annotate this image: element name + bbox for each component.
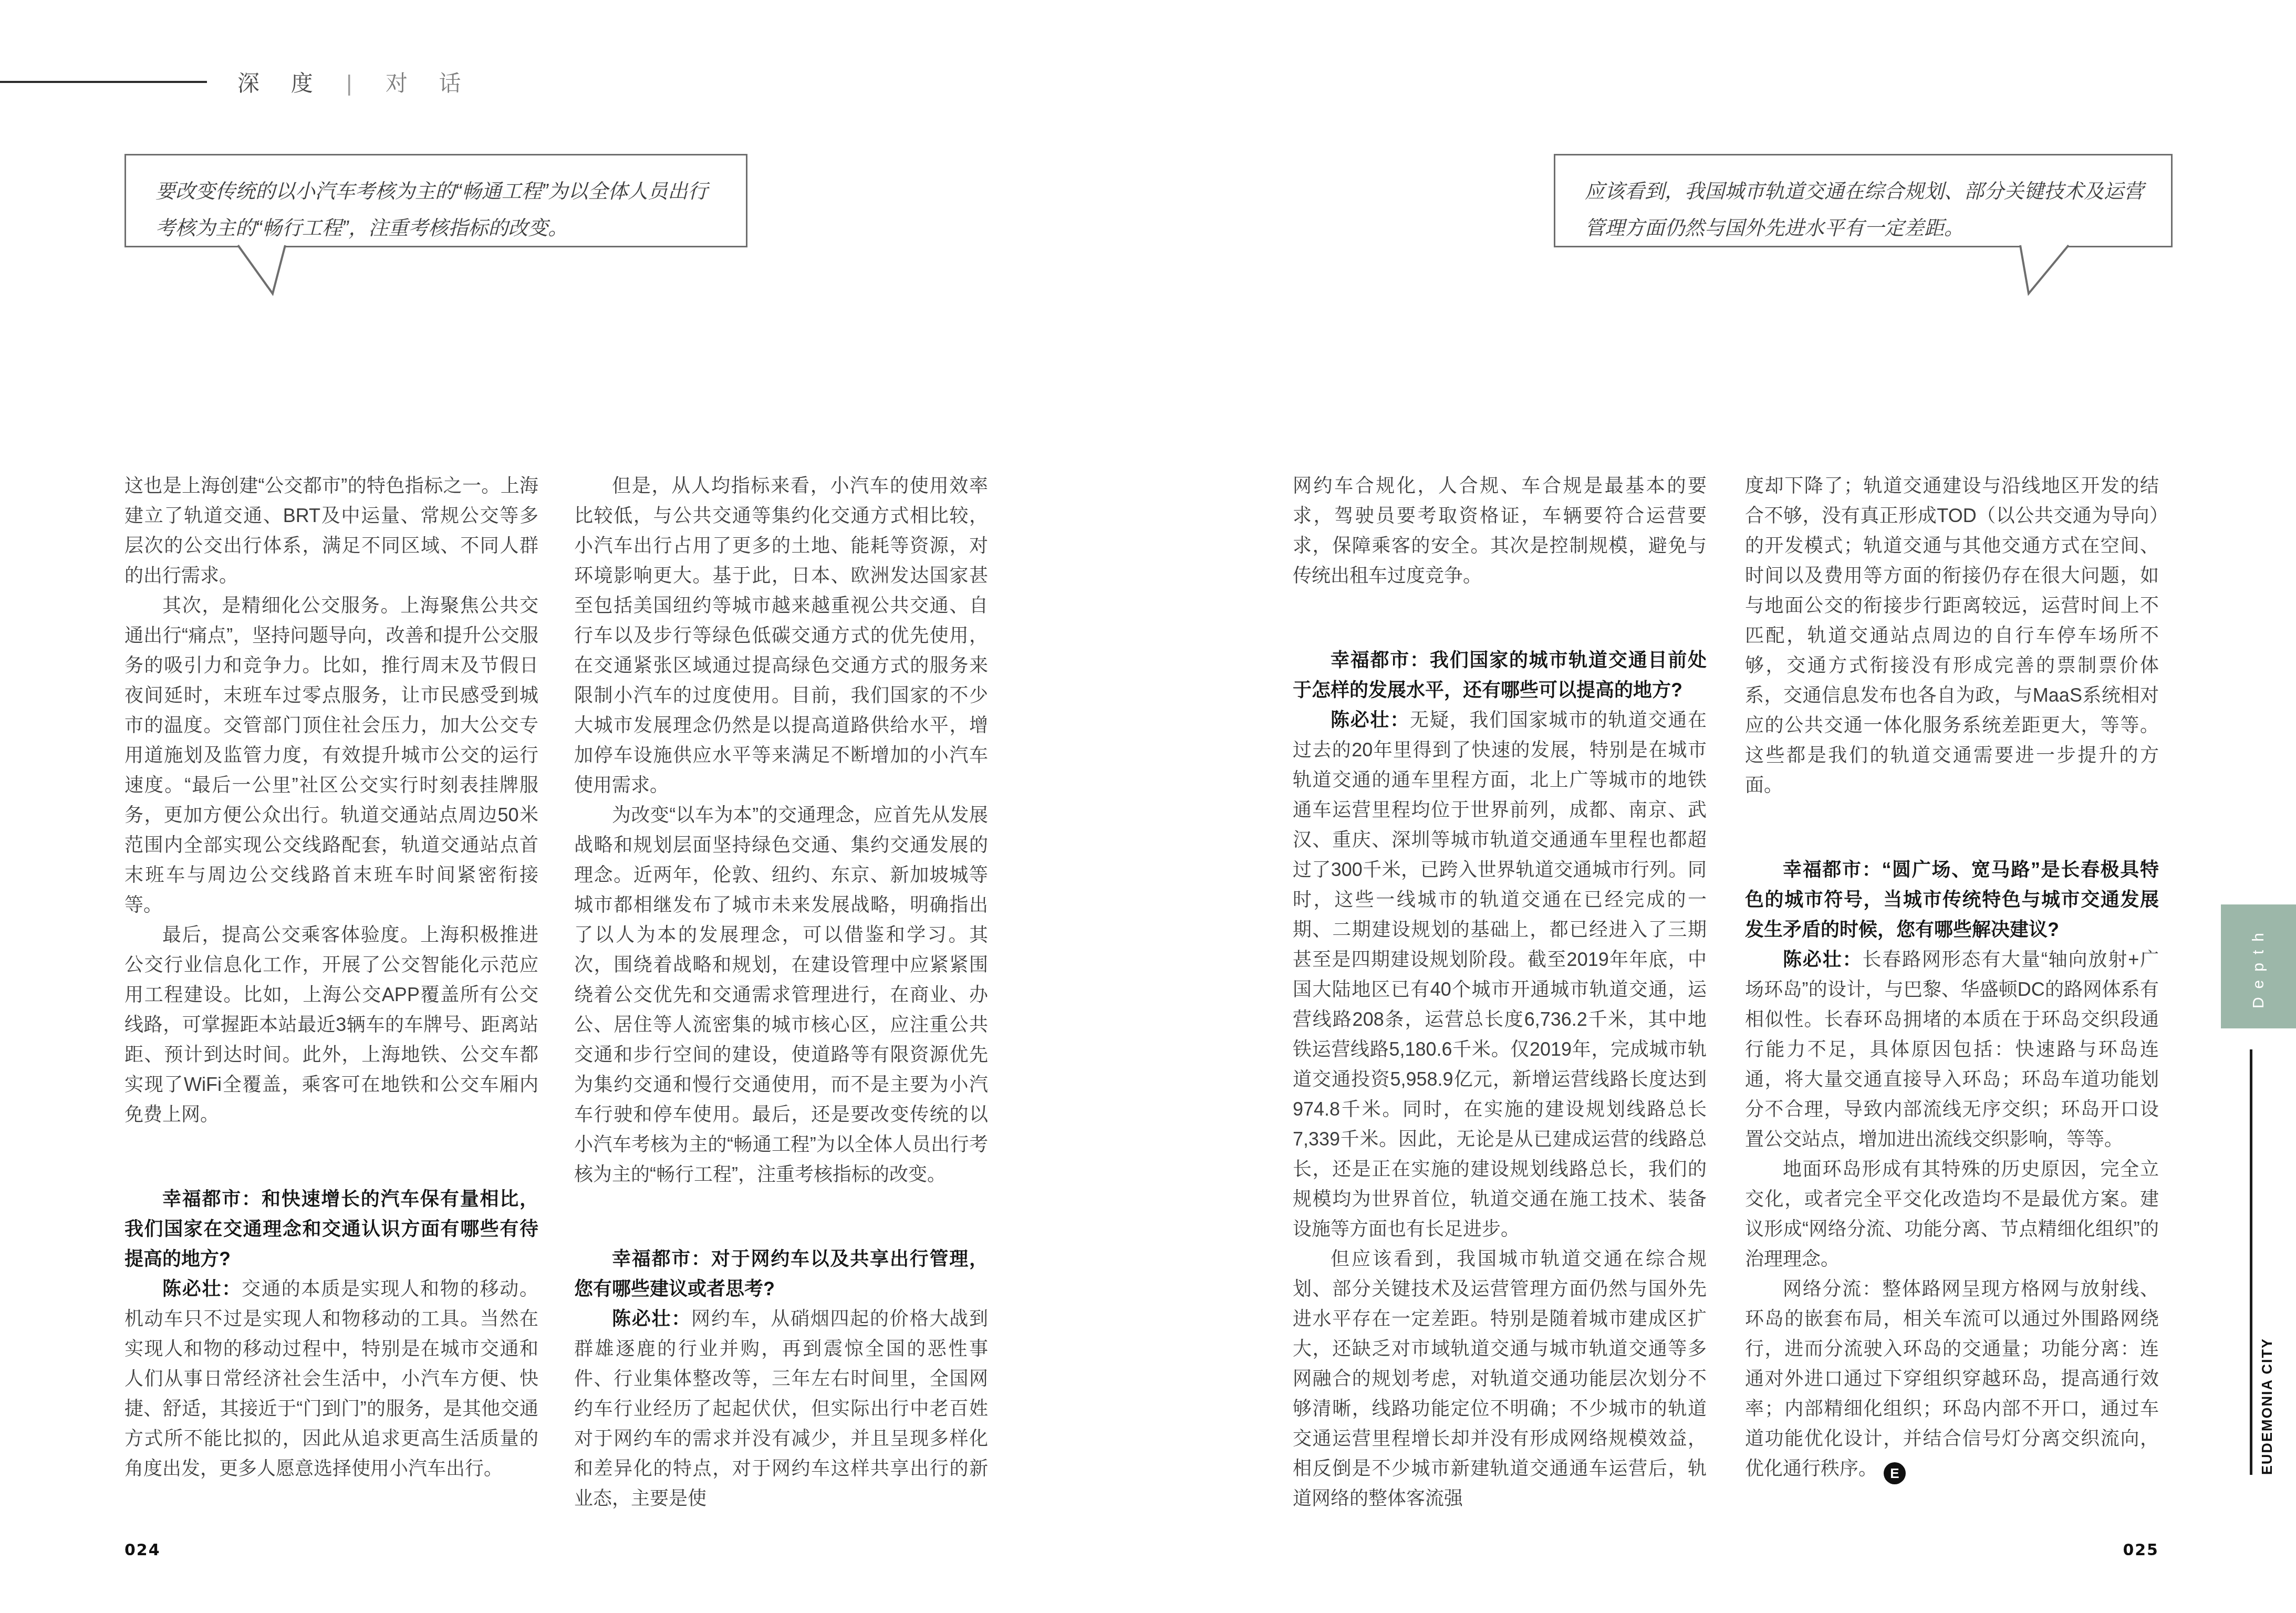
interview-answer: 陈必壮：无疑，我们国家城市的轨道交通在过去的20年里得到了快速的发展，特别是在城… xyxy=(1293,705,1707,1244)
interview-question: 幸福都市：我们国家的城市轨道交通目前处于怎样的发展水平，还有哪些可以提高的地方? xyxy=(1293,645,1707,705)
body-paragraph: 为改变“以车为本”的交通理念，应首先从发展战略和规划层面坚持绿色交通、集约交通发… xyxy=(574,800,988,1189)
speaker-label: 陈必壮： xyxy=(1783,949,1862,970)
speech-bubble-tail-right xyxy=(2015,244,2073,297)
body-paragraph: 最后，提高公交乘客体验度。上海积极推进公交行业信息化工作，开展了公交智能化示范应… xyxy=(124,920,538,1129)
pull-quote-text: 要改变传统的以小汽车考核为主的“畅通工程”为以全体人员出行考核为主的“畅行工程”… xyxy=(155,181,708,240)
body-paragraph: 但是，从人均指标来看，小汽车的使用效率比较低，与公共交通等集约化交通方式相比较，… xyxy=(574,471,988,800)
body-paragraph: 度却下降了；轨道交通建设与沿线地区开发的结合不够，没有真正形成TOD（以公共交通… xyxy=(1745,471,2159,800)
pull-quote-text: 应该看到，我国城市轨道交通在综合规划、部分关键技术及运营管理方面仍然与国外先进水… xyxy=(1585,181,2144,240)
section-header: 深 度 | 对 话 xyxy=(237,66,474,98)
interview-answer: 陈必壮：网约车，从硝烟四起的价格大战到群雄逐鹿的行业并购，再到震惊全国的恶性事件… xyxy=(574,1304,988,1513)
pull-quote-left: 要改变传统的以小汽车考核为主的“畅通工程”为以全体人员出行考核为主的“畅行工程”… xyxy=(124,154,747,247)
magazine-title-vertical: EUDEMONIA CITY xyxy=(2256,1313,2279,1475)
interview-question: 幸福都市：对于网约车以及共享出行管理，您有哪些建议或者思考? xyxy=(574,1244,988,1304)
pull-quote-right: 应该看到，我国城市轨道交通在综合规划、部分关键技术及运营管理方面仍然与国外先进水… xyxy=(1554,154,2173,247)
speaker-label: 幸福都市： xyxy=(1783,859,1882,880)
speaker-label: 幸福都市： xyxy=(1331,649,1430,671)
page-number-left: 024 xyxy=(124,1541,161,1559)
sidebar-vertical-rule xyxy=(2250,1049,2252,1475)
speaker-label: 幸福都市： xyxy=(162,1188,262,1210)
page-number-right: 025 xyxy=(2113,1541,2159,1559)
section-label: 深 度 xyxy=(237,71,326,96)
speaker-label: 陈必壮： xyxy=(162,1278,242,1299)
body-paragraph: 这也是上海创建“公交都市”的特色指标之一。上海建立了轨道交通、BRT及中运量、常… xyxy=(124,471,538,590)
speaker-label: 陈必壮： xyxy=(1331,709,1410,731)
body-paragraph: 地面环岛形成有其特殊的历史原因，完全立交化，或者完全平交化改造均不是最优方案。建… xyxy=(1745,1154,2159,1274)
body-paragraph: 网约车合规化，人合规、车合规是最基本的要求，驾驶员要考取资格证，车辆要符合运营要… xyxy=(1293,471,1707,590)
speech-bubble-tail-left xyxy=(234,244,292,297)
body-paragraph: 其次，是精细化公交服务。上海聚焦公共交通出行“痛点”，坚持问题导向，改善和提升公… xyxy=(124,590,538,920)
text-column-3: 网约车合规化，人合规、车合规是最基本的要求，驾驶员要考取资格证，车辆要符合运营要… xyxy=(1293,471,1707,1513)
interview-question: 幸福都市：和快速增长的汽车保有量相比，我们国家在交通理念和交通认识方面有哪些有待… xyxy=(124,1184,538,1274)
header-rule xyxy=(0,81,207,83)
text-column-4: 度却下降了；轨道交通建设与沿线地区开发的结合不够，没有真正形成TOD（以公共交通… xyxy=(1745,471,2159,1484)
interview-question: 幸福都市：“圆广场、宽马路”是长春极具特色的城市符号，当城市传统特色与城市交通发… xyxy=(1745,855,2159,944)
depth-section-tab: Depth xyxy=(2221,904,2296,1028)
section-divider: | xyxy=(344,71,367,96)
body-paragraph: 但应该看到，我国城市轨道交通在综合规划、部分关键技术及运营管理方面仍然与国外先进… xyxy=(1293,1244,1707,1513)
magazine-spread: { "header": { "section": "深 度", "divider… xyxy=(0,0,2296,1613)
interview-answer: 陈必壮：长春路网形态有大量“轴向放射+广场环岛”的设计，与巴黎、华盛顿DC的路网… xyxy=(1745,944,2159,1154)
body-paragraph: 网络分流：整体路网呈现方格网与放射线、环岛的嵌套布局，相关车流可以通过外围路网绕… xyxy=(1745,1274,2159,1484)
interview-answer: 陈必壮：交通的本质是实现人和物的移动。机动车只不过是实现人和物移动的工具。当然在… xyxy=(124,1274,538,1483)
end-of-article-mark: E xyxy=(1884,1462,1906,1484)
depth-tab-label: Depth xyxy=(2250,924,2268,1008)
topic-label: 对 话 xyxy=(386,71,474,96)
speaker-label: 陈必壮： xyxy=(612,1308,691,1329)
text-column-1: 这也是上海创建“公交都市”的特色指标之一。上海建立了轨道交通、BRT及中运量、常… xyxy=(124,471,538,1483)
text-column-2: 但是，从人均指标来看，小汽车的使用效率比较低，与公共交通等集约化交通方式相比较，… xyxy=(574,471,988,1513)
speaker-label: 幸福都市： xyxy=(612,1248,711,1269)
